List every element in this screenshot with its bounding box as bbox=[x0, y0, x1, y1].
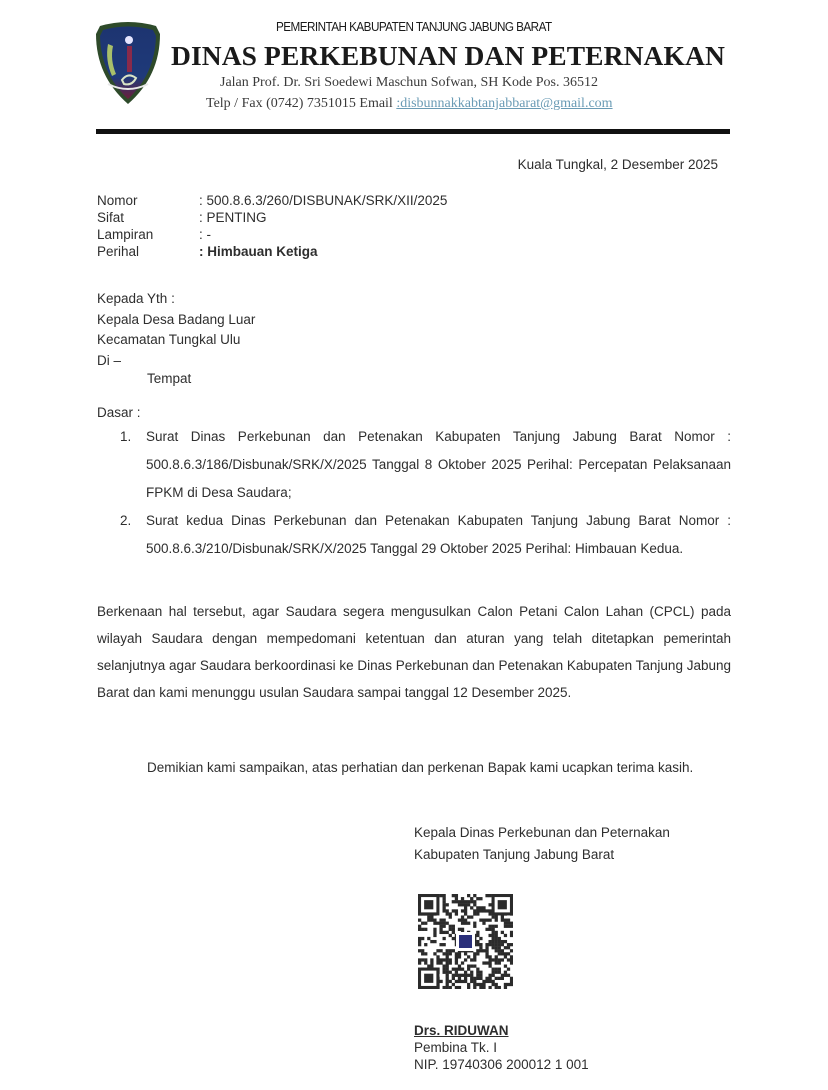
recipient-block: Kepada Yth : Kepala Desa Badang Luar Kec… bbox=[97, 289, 255, 371]
letterhead-divider bbox=[96, 129, 730, 134]
agency-contact: Telp / Fax (0742) 7351015 Email :disbunn… bbox=[206, 96, 613, 112]
salutation: Kepada Yth : bbox=[97, 289, 255, 310]
recipient-title: Kepala Desa Badang Luar bbox=[97, 310, 255, 331]
body-paragraph: Berkenaan hal tersebut, agar Saudara seg… bbox=[97, 598, 731, 706]
basis-list: 1. Surat Dinas Perkebunan dan Petenakan … bbox=[120, 429, 731, 569]
signer-rank: Pembina Tk. I bbox=[414, 1039, 589, 1056]
signer-nip: NIP. 19740306 200012 1 001 bbox=[414, 1056, 589, 1073]
recipient-place: Tempat bbox=[147, 371, 191, 386]
meta-number: Nomor : 500.8.6.3/260/DISBUNAK/SRK/XII/2… bbox=[97, 192, 447, 209]
signer-name: Drs. RIDUWAN bbox=[414, 1022, 589, 1039]
place-date: Kuala Tungkal, 2 Desember 2025 bbox=[518, 157, 718, 172]
recipient-at: Di – bbox=[97, 351, 255, 372]
regency-crest-logo-icon bbox=[92, 20, 164, 108]
signer-block: Drs. RIDUWAN Pembina Tk. I NIP. 19740306… bbox=[414, 1022, 589, 1073]
closing-paragraph: Demikian kami sampaikan, atas perhatian … bbox=[97, 753, 731, 782]
government-name: PEMERINTAH KABUPATEN TANJUNG JABUNG BARA… bbox=[276, 19, 552, 34]
meta-nature: Sifat : PENTING bbox=[97, 209, 447, 226]
agency-name: DINAS PERKEBUNAN DAN PETERNAKAN bbox=[171, 40, 725, 72]
recipient-district: Kecamatan Tungkal Ulu bbox=[97, 330, 255, 351]
email-link[interactable]: :disbunnakkabtanjabbarat@gmail.com bbox=[396, 96, 612, 111]
letter-meta: Nomor : 500.8.6.3/260/DISBUNAK/SRK/XII/2… bbox=[97, 192, 447, 260]
agency-address: Jalan Prof. Dr. Sri Soedewi Maschun Sofw… bbox=[220, 75, 598, 91]
meta-subject: Perihal : Himbauan Ketiga bbox=[97, 243, 447, 260]
meta-attachment: Lampiran : - bbox=[97, 226, 447, 243]
signatory-title: Kepala Dinas Perkebunan dan Peternakan K… bbox=[414, 822, 670, 866]
qr-code-icon bbox=[418, 894, 513, 989]
basis-item: 2. Surat kedua Dinas Perkebunan dan Pete… bbox=[120, 513, 731, 563]
basis-heading: Dasar : bbox=[97, 405, 141, 420]
basis-item: 1. Surat Dinas Perkebunan dan Petenakan … bbox=[120, 429, 731, 507]
phone-fax: Telp / Fax (0742) 7351015 Email bbox=[206, 96, 396, 111]
